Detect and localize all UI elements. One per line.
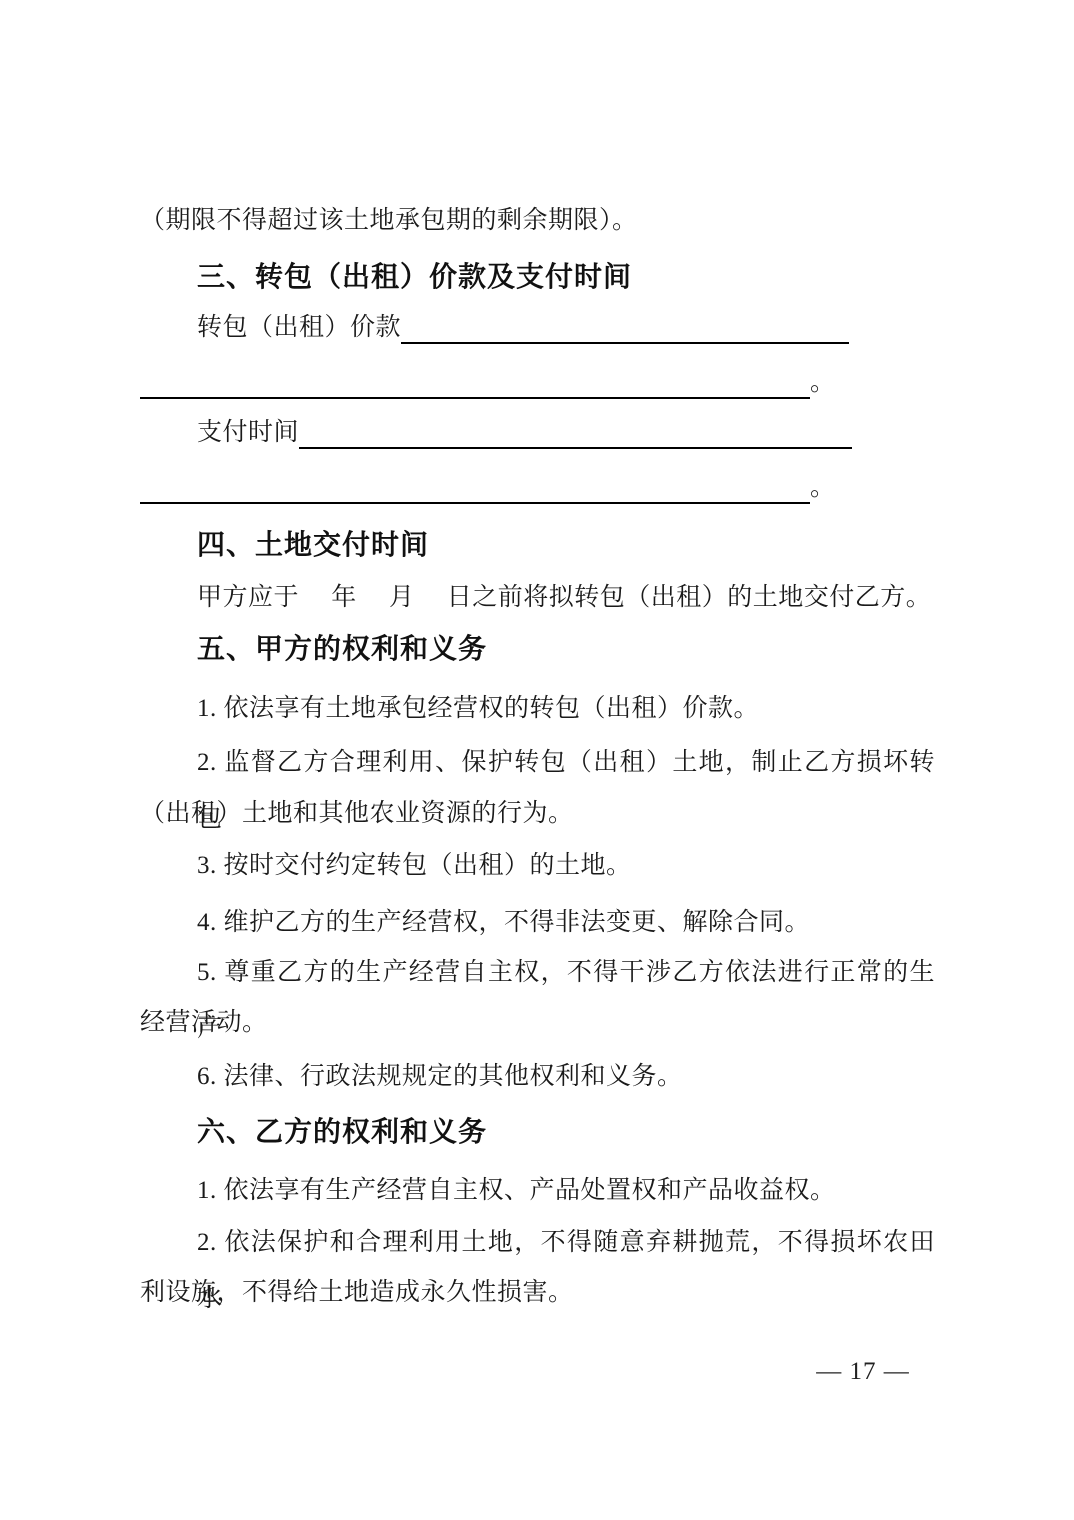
list-item: 2. 监督乙方合理利用、保护转包（出租）土地，制止乙方损坏转包 xyxy=(140,735,935,791)
period-suffix: 。 xyxy=(810,355,836,411)
list-item: 5. 尊重乙方的生产经营自主权，不得干涉乙方依法进行正常的生产 xyxy=(140,945,935,1001)
payment-time-blank-continuation-row: 。 xyxy=(140,460,935,516)
payment-time-blank-row: 支付时间 xyxy=(140,405,935,461)
paragraph-line: （期限不得超过该土地承包期的剩余期限）。 xyxy=(140,193,935,249)
list-item: 2. 依法保护和合理利用土地，不得随意弃耕抛荒，不得损坏农田水 xyxy=(140,1215,935,1271)
page-number: — 17 — xyxy=(806,1352,920,1392)
blank-underline xyxy=(140,460,810,504)
section-heading-price-payment: 三、转包（出租）价款及支付时间 xyxy=(140,249,935,305)
paragraph-line: 经营活动。 xyxy=(140,995,935,1051)
period-suffix: 。 xyxy=(810,460,836,516)
blank-underline xyxy=(140,355,810,399)
price-blank-continuation-row: 。 xyxy=(140,355,935,411)
paragraph-line: 利设施，不得给土地造成永久性损害。 xyxy=(140,1265,935,1321)
contract-body: （期限不得超过该土地承包期的剩余期限）。 三、转包（出租）价款及支付时间 转包（… xyxy=(140,0,935,1520)
section-heading-party-a-rights: 五、甲方的权利和义务 xyxy=(140,621,935,677)
paragraph-line: （出租）土地和其他农业资源的行为。 xyxy=(140,786,935,842)
paragraph-line: 甲方应于 年 月 日之前将拟转包（出租）的土地交付乙方。 xyxy=(140,570,935,626)
contract-page: （期限不得超过该土地承包期的剩余期限）。 三、转包（出租）价款及支付时间 转包（… xyxy=(0,0,1074,1520)
list-item: 6. 法律、行政法规规定的其他权利和义务。 xyxy=(140,1049,935,1105)
field-label-price: 转包（出租）价款 xyxy=(197,300,401,356)
blank-underline xyxy=(299,405,852,449)
section-heading-land-delivery: 四、土地交付时间 xyxy=(140,517,935,573)
field-label-payment-time: 支付时间 xyxy=(197,405,299,461)
list-item: 1. 依法享有土地承包经营权的转包（出租）价款。 xyxy=(140,681,935,737)
list-item: 1. 依法享有生产经营自主权、产品处置权和产品收益权。 xyxy=(140,1163,935,1219)
list-item: 3. 按时交付约定转包（出租）的土地。 xyxy=(140,838,935,894)
section-heading-party-b-rights: 六、乙方的权利和义务 xyxy=(140,1104,935,1160)
blank-underline xyxy=(401,300,849,344)
list-item: 4. 维护乙方的生产经营权，不得非法变更、解除合同。 xyxy=(140,895,935,951)
price-blank-row: 转包（出租）价款 xyxy=(140,300,935,356)
